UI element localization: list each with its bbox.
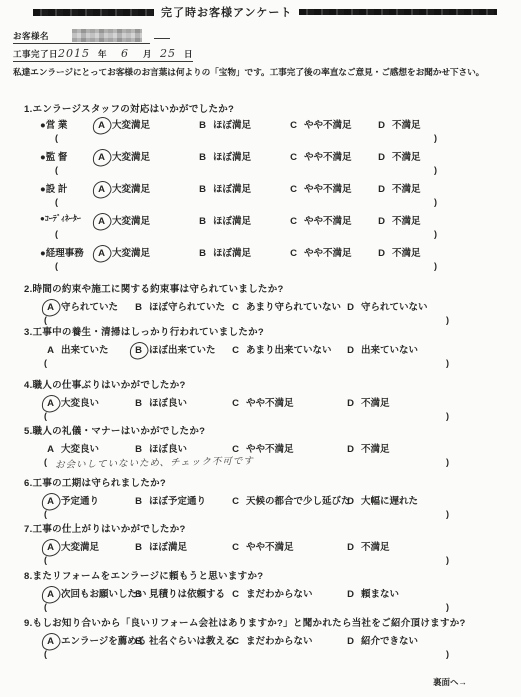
option-text: 社名ぐらいは教える <box>149 636 235 647</box>
option-text: 大変満足 <box>112 184 150 195</box>
question-title: 2.時間の約束や施工に関する約束事は守られていましたか? <box>24 281 507 295</box>
option-letter: A <box>45 496 56 507</box>
option-text: 不満足 <box>392 152 421 163</box>
option-text: 大変満足 <box>112 248 150 259</box>
paren-close: ) <box>434 133 437 143</box>
option-text: ほぼ満足 <box>213 216 251 227</box>
option-text: 大変満足 <box>112 152 150 163</box>
option-letter: D <box>376 184 387 195</box>
option-letter: C <box>230 398 241 409</box>
customer-name-label: お客様名 <box>13 30 49 42</box>
option-text: まだわからない <box>246 589 313 600</box>
date-year-value: 2015 <box>58 47 90 60</box>
option-letter: D <box>345 589 356 600</box>
paren-close: ) <box>446 457 449 471</box>
option-text: 不満足 <box>361 542 390 553</box>
q1-row-supervisor: ●監 督 A大変満足 Bほぼ満足 Cやや不満足 D不満足 () <box>40 149 507 175</box>
option-text: 不満足 <box>392 120 421 131</box>
option-a: A大変満足 <box>96 149 197 163</box>
option-letter: C <box>288 216 299 227</box>
option-a: A大変良い <box>45 395 133 409</box>
option-letter: D <box>345 636 356 647</box>
option-d: D頼まない <box>345 586 507 600</box>
header-rule-left <box>33 9 154 16</box>
option-d: D不満足 <box>376 149 507 163</box>
question-2: 2.時間の約束や施工に関する約束事は守られていましたか? A守られていた Bほぼ… <box>24 281 507 325</box>
comment-parens: () <box>55 133 437 143</box>
redacted-customer-name <box>72 29 142 42</box>
option-c: Cまだわからない <box>230 586 345 600</box>
option-letter: C <box>288 152 299 163</box>
paren-close: ) <box>434 261 437 271</box>
option-text: ほぼ出来ていた <box>149 345 216 356</box>
option-b: B見積りは依頼する <box>133 586 230 600</box>
q1-row-sales: ●営 業 A大変満足 Bほぼ満足 Cやや不満足 D不満足 () <box>40 117 507 143</box>
option-text: ほぼ守られていた <box>149 302 225 313</box>
paren-close: ) <box>446 411 449 421</box>
option-text: 大変満足 <box>61 542 99 553</box>
option-letter: D <box>376 216 387 227</box>
question-title: 4.職人の仕事ぶりはいかがでしたか? <box>24 377 507 391</box>
completion-date-row: 工事完了日 2015 年 6 月 25 日 <box>13 47 193 62</box>
header-rule-right <box>299 9 497 15</box>
option-d: D不満足 <box>345 539 507 553</box>
question-1: 1.エンラージスタッフの対応はいかがでしたか? <box>24 101 507 115</box>
option-a: A出来ていた <box>45 342 133 356</box>
option-c: Cやや不満足 <box>230 395 345 409</box>
option-letter: B <box>133 444 144 455</box>
option-letter: B <box>133 345 144 356</box>
option-a: A大変良い <box>45 441 133 455</box>
option-letter: D <box>345 542 356 553</box>
option-text: やや不満足 <box>304 152 352 163</box>
intro-text: 私達エンラージにとってお客様のお言葉は何よりの「宝物」です。工事完了後の率直なご… <box>13 66 519 78</box>
option-a: A予定通り <box>45 493 133 507</box>
option-letter: C <box>288 184 299 195</box>
option-text: 大変満足 <box>112 120 150 131</box>
comment-parens: (お会いしていないため、チェック不可です) <box>44 457 449 471</box>
date-day-unit: 日 <box>184 48 193 60</box>
option-letter: A <box>45 444 56 455</box>
option-text: 頼まない <box>361 589 399 600</box>
option-b: Bほぼ満足 <box>197 181 288 195</box>
option-d: D紹介できない <box>345 633 507 647</box>
option-c: Cやや不満足 <box>288 117 376 131</box>
option-letter: A <box>96 120 107 131</box>
paren-close: ) <box>434 229 437 239</box>
option-letter: B <box>197 120 208 131</box>
option-letter: B <box>133 542 144 553</box>
option-d: D不満足 <box>376 181 507 195</box>
option-letter: A <box>96 248 107 259</box>
option-letter: C <box>230 496 241 507</box>
q1-row-accounting: ●経理事務 A大変満足 Bほぼ満足 Cやや不満足 D不満足 () <box>40 245 507 271</box>
option-text: ほぼ満足 <box>213 184 251 195</box>
comment-parens: () <box>55 261 437 271</box>
option-b: Bほぼ満足 <box>197 245 288 259</box>
option-letter: A <box>96 184 107 195</box>
option-letter: B <box>133 302 144 313</box>
option-text: あまり出来ていない <box>246 345 332 356</box>
option-letter: A <box>96 216 107 227</box>
page-title: 完了時お客様アンケート <box>161 4 292 20</box>
option-letter: B <box>133 589 144 600</box>
option-letter: C <box>288 248 299 259</box>
option-text: ほぼ満足 <box>213 120 251 131</box>
option-b: Bほぼ守られていた <box>133 299 230 313</box>
option-d: D守られていない <box>345 299 507 313</box>
option-text: 大変良い <box>61 398 99 409</box>
question-6: 6.工事の工期は守られましたか? A予定通り Bほぼ予定通り C天候の都合で少し… <box>24 475 507 519</box>
option-b: Bほぼ良い <box>133 395 230 409</box>
option-b: B社名ぐらいは教える <box>133 633 230 647</box>
option-letter: C <box>230 542 241 553</box>
customer-name-row: お客様名 <box>13 27 170 44</box>
option-a: A守られていた <box>45 299 133 313</box>
paren-close: ) <box>434 197 437 207</box>
staff-label: ●ｺｰﾃﾞｨﾈｰﾀｰ <box>40 213 96 227</box>
option-a: A大変満足 <box>96 181 197 195</box>
page-header: 完了時お客様アンケート <box>33 4 497 20</box>
q1-row-coordinator: ●ｺｰﾃﾞｨﾈｰﾀｰ A大変満足 Bほぼ満足 Cやや不満足 D不満足 () <box>40 213 507 239</box>
option-text: やや不満足 <box>304 120 352 131</box>
question-5: 5.職人の礼儀・マナーはいかがでしたか? A大変良い Bほぼ良い Cやや不満足 … <box>24 423 507 471</box>
option-letter: C <box>230 636 241 647</box>
staff-label: ●設 計 <box>40 181 96 195</box>
option-c: Cあまり守られていない <box>230 299 345 313</box>
comment-parens: () <box>44 602 449 612</box>
option-letter: C <box>288 120 299 131</box>
option-letter: C <box>230 302 241 313</box>
option-letter: C <box>230 345 241 356</box>
option-text: まだわからない <box>246 636 313 647</box>
survey-scan-page: 完了時お客様アンケート お客様名 工事完了日 2015 年 6 月 25 日 私… <box>0 0 521 697</box>
staff-label: ●営 業 <box>40 117 96 131</box>
option-d: D大幅に遅れた <box>345 493 507 507</box>
option-b: Bほぼ満足 <box>197 149 288 163</box>
paren-open: ( <box>55 197 58 207</box>
q1-row-design: ●設 計 A大変満足 Bほぼ満足 Cやや不満足 D不満足 () <box>40 181 507 207</box>
option-text: 不満足 <box>392 184 421 195</box>
option-c: Cやや不満足 <box>288 181 376 195</box>
option-letter: D <box>376 120 387 131</box>
question-title: 1.エンラージスタッフの対応はいかがでしたか? <box>24 101 507 115</box>
option-text: 見積りは依頼する <box>149 589 225 600</box>
comment-parens: () <box>55 197 437 207</box>
paren-close: ) <box>434 165 437 175</box>
comment-parens: () <box>44 411 449 421</box>
option-text: ほぼ満足 <box>149 542 187 553</box>
question-title: 9.もしお知り合いから「良いリフォーム会社はありますか?」と聞かれたら当社をご紹… <box>24 615 507 629</box>
option-letter: B <box>197 152 208 163</box>
option-letter: C <box>230 589 241 600</box>
option-letter: A <box>45 636 56 647</box>
option-text: やや不満足 <box>246 398 294 409</box>
paren-open: ( <box>44 509 47 519</box>
option-letter: B <box>197 184 208 195</box>
question-7: 7.工事の仕上がりはいかがでしたか? A大変満足 Bほぼ満足 Cやや不満足 D不… <box>24 521 507 565</box>
option-text: 出来ていない <box>361 345 418 356</box>
option-c: Cやや不満足 <box>230 539 345 553</box>
paren-open: ( <box>44 411 47 421</box>
option-text: ほぼ良い <box>149 398 187 409</box>
question-title: 6.工事の工期は守られましたか? <box>24 475 507 489</box>
option-d: D出来ていない <box>345 342 507 356</box>
option-d: D不満足 <box>376 213 507 227</box>
paren-close: ) <box>446 358 449 368</box>
option-d: D不満足 <box>376 245 507 259</box>
back-page-note: 裏面へ→ <box>433 676 467 688</box>
option-text: 不満足 <box>361 398 390 409</box>
option-text: 天候の都合で少し延びた <box>246 496 351 507</box>
option-b: Bほぼ出来ていた <box>133 342 230 356</box>
option-text: ほぼ満足 <box>213 248 251 259</box>
option-a: A大変満足 <box>96 117 197 131</box>
option-a: A大変満足 <box>96 213 197 227</box>
option-text: やや不満足 <box>304 248 352 259</box>
option-d: D不満足 <box>345 395 507 409</box>
option-text: 不満足 <box>392 216 421 227</box>
option-text: 大幅に遅れた <box>361 496 418 507</box>
option-letter: B <box>197 248 208 259</box>
option-text: 守られていた <box>61 302 118 313</box>
option-d: D不満足 <box>376 117 507 131</box>
underline-segment <box>154 27 170 39</box>
comment-parens: () <box>44 649 449 659</box>
option-text: 不満足 <box>392 248 421 259</box>
paren-open: ( <box>55 165 58 175</box>
paren-open: ( <box>44 649 47 659</box>
option-letter: D <box>376 248 387 259</box>
paren-open: ( <box>55 261 58 271</box>
option-text: 紹介できない <box>361 636 418 647</box>
option-text: 大変良い <box>61 444 99 455</box>
question-3: 3.工事中の養生・清掃はしっかり行われていましたか? A出来ていた Bほぼ出来て… <box>24 324 507 368</box>
option-letter: A <box>45 542 56 553</box>
option-a: A次回もお願いしたい <box>45 586 133 600</box>
date-month-value: 6 <box>121 47 129 60</box>
option-letter: B <box>133 398 144 409</box>
option-b: Bほぼ満足 <box>133 539 230 553</box>
comment-parens: () <box>55 165 437 175</box>
option-c: Cあまり出来ていない <box>230 342 345 356</box>
option-a: A大変満足 <box>96 245 197 259</box>
option-c: Cやや不満足 <box>288 213 376 227</box>
date-year-unit: 年 <box>98 48 107 60</box>
staff-label: ●監 督 <box>40 149 96 163</box>
question-title: 3.工事中の養生・清掃はしっかり行われていましたか? <box>24 324 507 338</box>
completion-date-label: 工事完了日 <box>13 48 58 60</box>
question-title: 7.工事の仕上がりはいかがでしたか? <box>24 521 507 535</box>
option-text: ほぼ満足 <box>213 152 251 163</box>
option-b: Bほぼ予定通り <box>133 493 230 507</box>
option-text: 守られていない <box>361 302 428 313</box>
comment-parens: () <box>55 229 437 239</box>
option-b: Bほぼ満足 <box>197 213 288 227</box>
option-c: Cやや不満足 <box>288 245 376 259</box>
paren-close: ) <box>446 602 449 612</box>
paren-open: ( <box>55 229 58 239</box>
option-text: あまり守られていない <box>246 302 341 313</box>
question-title: 8.またリフォームをエンラージに頼もうと思いますか? <box>24 568 507 582</box>
option-letter: D <box>345 496 356 507</box>
option-letter: D <box>345 398 356 409</box>
paren-open: ( <box>44 555 47 565</box>
option-c: Cまだわからない <box>230 633 345 647</box>
date-day-value: 25 <box>160 47 176 60</box>
option-text: やや不満足 <box>304 216 352 227</box>
question-4: 4.職人の仕事ぶりはいかがでしたか? A大変良い Bほぼ良い Cやや不満足 D不… <box>24 377 507 421</box>
paren-close: ) <box>446 509 449 519</box>
option-b: Bほぼ満足 <box>197 117 288 131</box>
paren-open: ( <box>55 133 58 143</box>
paren-close: ) <box>446 555 449 565</box>
option-letter: D <box>345 302 356 313</box>
paren-open: ( <box>44 358 47 368</box>
option-letter: B <box>133 636 144 647</box>
paren-open: ( <box>44 602 47 612</box>
option-letter: A <box>45 345 56 356</box>
staff-label: ●経理事務 <box>40 245 96 259</box>
option-a: A大変満足 <box>45 539 133 553</box>
option-letter: A <box>45 398 56 409</box>
date-month-unit: 月 <box>143 48 152 60</box>
option-c: Cやや不満足 <box>288 149 376 163</box>
option-text: 大変満足 <box>112 216 150 227</box>
question-8: 8.またリフォームをエンラージに頼もうと思いますか? A次回もお願いしたい B見… <box>24 568 507 612</box>
option-letter: B <box>133 496 144 507</box>
option-text: ほぼ予定通り <box>149 496 206 507</box>
option-letter: A <box>45 589 56 600</box>
option-c: C天候の都合で少し延びた <box>230 493 345 507</box>
option-letter: B <box>197 216 208 227</box>
question-9: 9.もしお知り合いから「良いリフォーム会社はありますか?」と聞かれたら当社をご紹… <box>24 615 507 659</box>
option-text: 予定通り <box>61 496 99 507</box>
question-title: 5.職人の礼儀・マナーはいかがでしたか? <box>24 423 507 437</box>
option-letter: A <box>96 152 107 163</box>
option-letter: D <box>345 345 356 356</box>
option-text: やや不満足 <box>246 542 294 553</box>
comment-parens: () <box>44 555 449 565</box>
option-a: Aエンラージを薦める <box>45 633 133 647</box>
paren-close: ) <box>446 649 449 659</box>
option-text: やや不満足 <box>304 184 352 195</box>
option-letter: D <box>376 152 387 163</box>
comment-parens: () <box>44 509 449 519</box>
option-letter: A <box>45 302 56 313</box>
comment-parens: () <box>44 358 449 368</box>
option-text: 出来ていた <box>61 345 109 356</box>
